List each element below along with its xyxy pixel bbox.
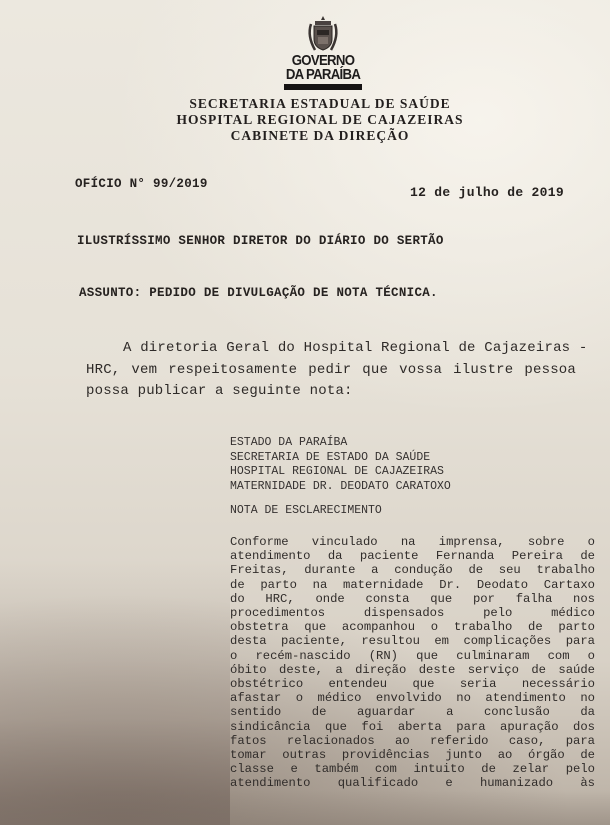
photo-shadow [0, 560, 230, 825]
note-body-line: do HRC, onde consta que por falha nos [230, 592, 595, 606]
note-body-line: afastar o médico envolvido no atendiment… [230, 691, 595, 705]
note-header: ESTADO DA PARAÍBA SECRETARIA DE ESTADO D… [230, 436, 451, 494]
note-header-line: ESTADO DA PARAÍBA [230, 436, 451, 451]
oficio-number: OFÍCIO N° 99/2019 [75, 177, 208, 191]
coat-of-arms-icon [303, 14, 343, 54]
note-body-line: obstetra que acompanhou o trabalho de pa… [230, 620, 595, 634]
note-title: NOTA DE ESCLARECIMENTO [230, 504, 382, 517]
note-body-line: obstétrico entendeu que seria necessário [230, 677, 595, 691]
note-body-line: atendimento da paciente Fernanda Pereira… [230, 549, 595, 563]
intro-line: possa publicar a seguinte nota: [86, 381, 576, 403]
note-body-line: atendimento qualificado e humanizado às [230, 776, 595, 790]
note-body-line: sentido de aguardar a conclusão da [230, 705, 595, 719]
note-body-line: tomar outras providências junto ao órgão… [230, 748, 595, 762]
note-body-line: de parto na maternidade Dr. Deodato Cart… [230, 578, 595, 592]
addressee: ILUSTRÍSSIMO SENHOR DIRETOR DO DIÁRIO DO… [77, 234, 444, 248]
note-header-line: MATERNIDADE DR. DEODATO CARATOXO [230, 480, 451, 495]
logo-line-2: DA PARAÍBA [283, 68, 362, 82]
header-line: CABINETE DA DIREÇÃO [150, 128, 490, 144]
letter-date: 12 de julho de 2019 [410, 185, 564, 200]
intro-line: HRC, vem respeitosamente pedir que vossa… [86, 360, 576, 382]
note-header-line: SECRETARIA DE ESTADO DA SAÚDE [230, 451, 451, 466]
note-body-line: Freitas, durante a condução de seu traba… [230, 563, 595, 577]
intro-line: A diretoria Geral do Hospital Regional d… [86, 338, 576, 360]
photo-shadow-bottom [0, 790, 610, 825]
note-body-line: Conforme vinculado na imprensa, sobre o [230, 535, 595, 549]
government-logo: GOVERNO DA PARAÍBA [278, 14, 368, 90]
header-line: HOSPITAL REGIONAL DE CAJAZEIRAS [150, 112, 490, 128]
note-body-line: fatos relacionados ao referido caso, par… [230, 734, 595, 748]
note-body-line: procedimentos dispensados pelo médico [230, 606, 595, 620]
note-header-line: HOSPITAL REGIONAL DE CAJAZEIRAS [230, 465, 451, 480]
note-body: Conforme vinculado na imprensa, sobre oa… [230, 535, 595, 791]
intro-paragraph: A diretoria Geral do Hospital Regional d… [86, 338, 576, 403]
note-body-line: sindicância que foi aberta para apuração… [230, 720, 595, 734]
subject-line: ASSUNTO: PEDIDO DE DIVULGAÇÃO DE NOTA TÉ… [79, 286, 438, 300]
note-body-line: o recém-nascido (RN) que culminaram com … [230, 649, 595, 663]
letterhead-header: SECRETARIA ESTADUAL DE SAÚDE HOSPITAL RE… [150, 96, 490, 144]
logo-underline [284, 84, 362, 90]
note-body-line: classe e também com intuito de zelar pel… [230, 762, 595, 776]
note-body-line: desta paciente, resultou em complicações… [230, 634, 595, 648]
header-line: SECRETARIA ESTADUAL DE SAÚDE [150, 96, 490, 112]
note-body-line: óbito deste, a direção deste serviço de … [230, 663, 595, 677]
